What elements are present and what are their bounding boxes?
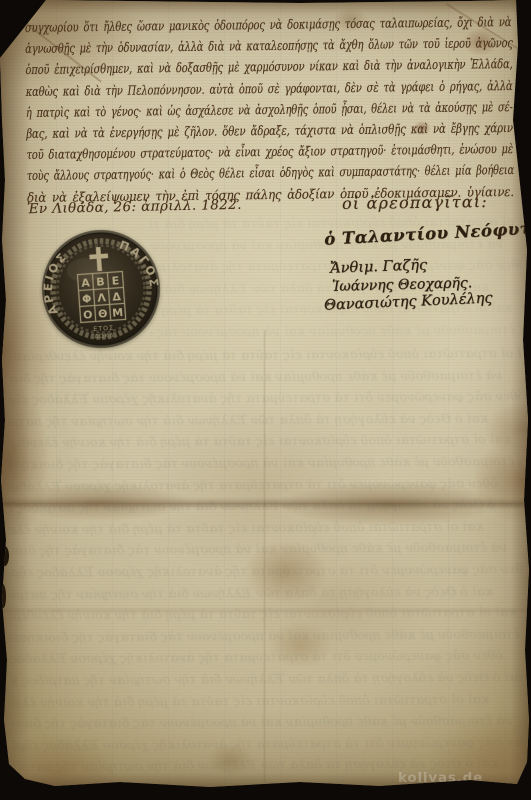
- seal-grid-letter: Φ: [82, 292, 92, 306]
- seal-grid-letter: Μ: [112, 306, 124, 320]
- seal-grid-letter: Δ: [112, 290, 122, 304]
- seal-year-text: ΑΩΚΑ: [94, 332, 114, 340]
- scan-background: καὶ οἱ στρατιῶται ὁποῦ εὑρίσκονται εἰς τ…: [0, 0, 531, 800]
- seal-grid-letter: Ο: [83, 308, 93, 322]
- seal-grid-letter: Α: [81, 276, 91, 290]
- fold-crease-vertical: [263, 330, 266, 782]
- ink-blot-2: [0, 584, 6, 608]
- areopagus-seal: ΑΡΕΙΟΣ ΠΑΓΟΣ Α Β Ε Φ Λ Δ Ο Θ: [37, 225, 165, 353]
- watermark: kolivas.de: [398, 770, 483, 786]
- signature-heading: οἱ ἀρεοπαγῖται:: [342, 192, 488, 213]
- signature: Ἄνθιμ. Γαζῆς: [330, 257, 428, 276]
- seal-grid-letter: Ε: [111, 274, 119, 287]
- seal-grid-letter: Θ: [98, 307, 108, 321]
- seal-grid-letter: Β: [96, 275, 105, 289]
- paper-sheet: καὶ οἱ στρατιῶται ὁποῦ εὑρίσκονται εἰς τ…: [0, 0, 531, 789]
- handwritten-body: συγχωρίου ὅτι ἤλθες ὥσαν μανικὸς ὁδοιπόρ…: [25, 12, 514, 209]
- seal-grid-letter: Λ: [97, 291, 107, 305]
- signature-block: οἱ ἀρεοπαγῖται: ὁ Ταλαντίου Νεόφυτος α. …: [318, 193, 528, 333]
- ink-blot: [0, 546, 9, 566]
- signature: ὁ Ταλαντίου Νεόφυτος α.: [324, 216, 531, 248]
